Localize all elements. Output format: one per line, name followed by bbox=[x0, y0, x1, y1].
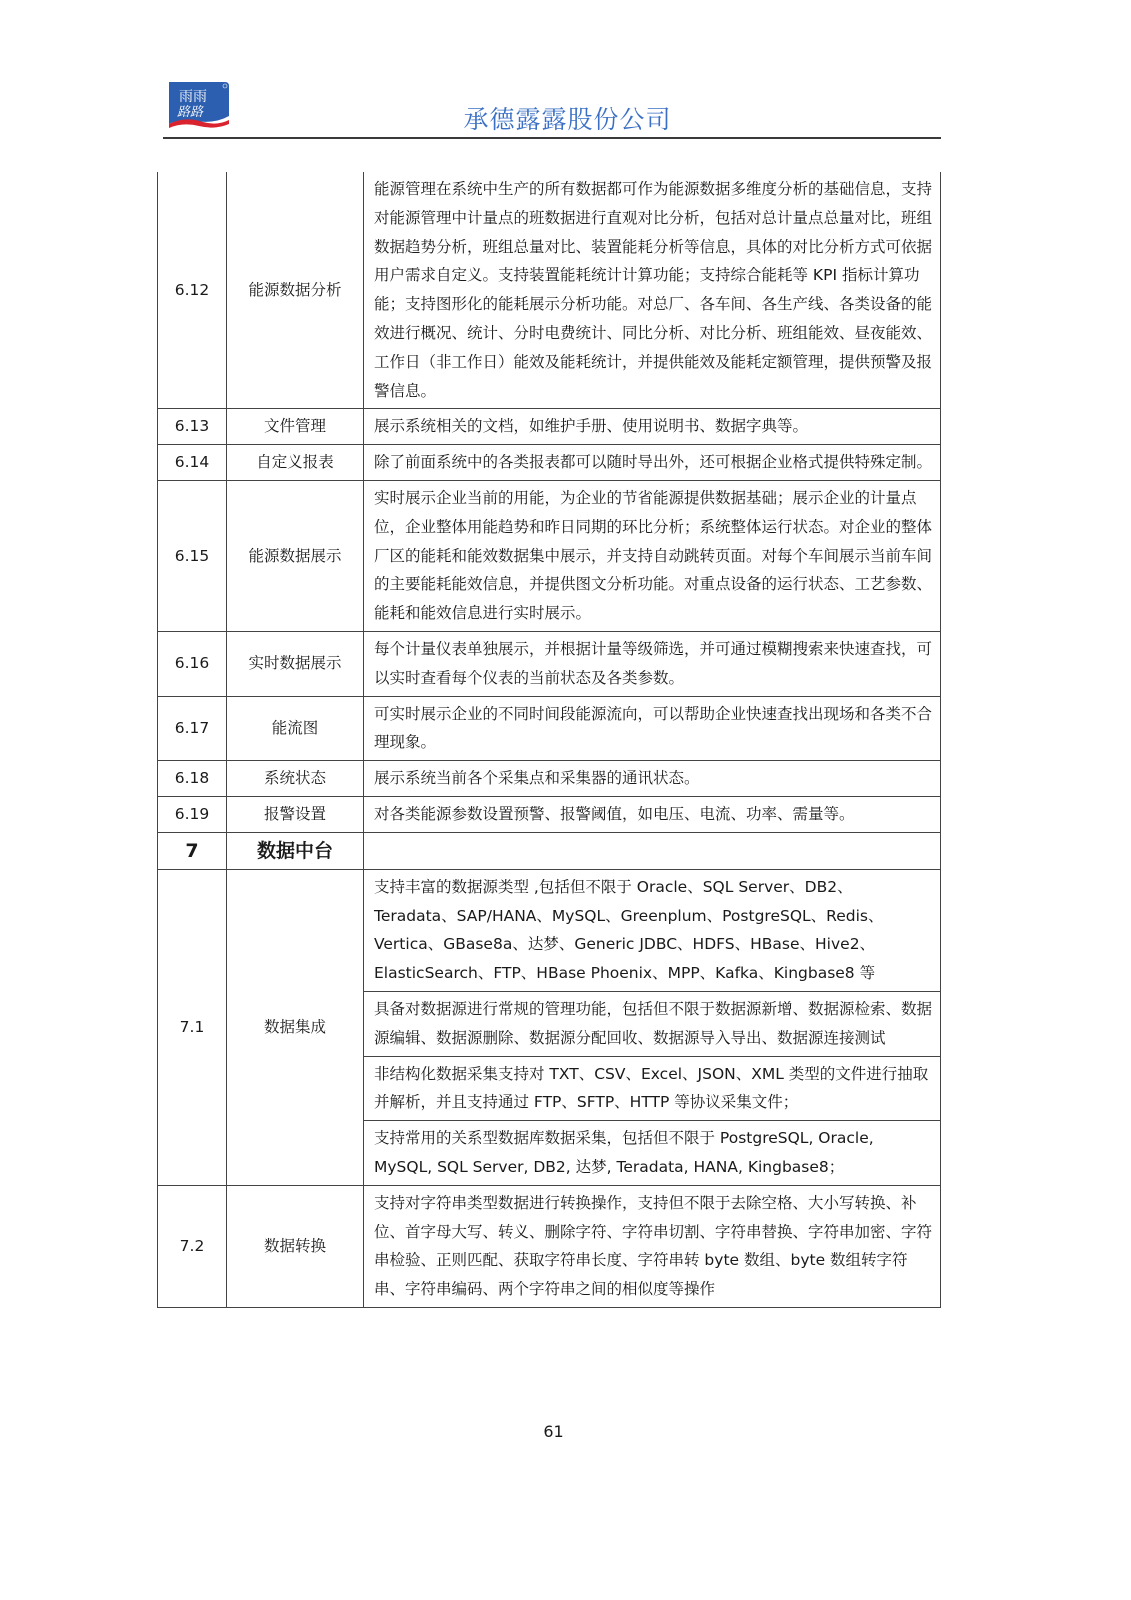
table-row: 7.2数据转换支持对字符串类型数据进行转换操作，支持但不限于去除空格、大小写转换… bbox=[158, 1185, 941, 1307]
item-number: 6.18 bbox=[158, 761, 227, 797]
item-number: 7.1 bbox=[158, 869, 227, 1185]
table-row: 7.1数据集成支持丰富的数据源类型 ,包括但不限于 Oracle、SQL Ser… bbox=[158, 869, 941, 991]
item-name: 能源数据展示 bbox=[227, 480, 364, 631]
item-name: 自定义报表 bbox=[227, 445, 364, 481]
item-name: 报警设置 bbox=[227, 796, 364, 832]
item-name: 实时数据展示 bbox=[227, 631, 364, 696]
item-description: 可实时展示企业的不同时间段能源流向，可以帮助企业快速查找出现场和各类不合理现象。 bbox=[364, 696, 941, 761]
item-description: 展示系统相关的文档，如维护手册、使用说明书、数据字典等。 bbox=[364, 409, 941, 445]
item-number: 6.15 bbox=[158, 480, 227, 631]
item-name: 数据集成 bbox=[227, 869, 364, 1185]
company-name-text: 承德露露股份公司 bbox=[463, 105, 671, 134]
item-name: 数据中台 bbox=[227, 832, 364, 869]
item-number: 7.2 bbox=[158, 1185, 227, 1307]
item-number: 6.16 bbox=[158, 631, 227, 696]
table-row: 6.14自定义报表除了前面系统中的各类报表都可以随时导出外，还可根据企业格式提供… bbox=[158, 445, 941, 481]
item-number: 6.12 bbox=[158, 172, 227, 409]
item-description: 对各类能源参数设置预警、报警阈值，如电压、电流、功率、需量等。 bbox=[364, 796, 941, 832]
item-description: 具备对数据源进行常规的管理功能，包括但不限于数据源新增、数据源检索、数据源编辑、… bbox=[364, 991, 941, 1056]
table-row: 6.12能源数据分析能源管理在系统中生产的所有数据都可作为能源数据多维度分析的基… bbox=[158, 172, 941, 409]
table-row: 6.16实时数据展示每个计量仪表单独展示，并根据计量等级筛选，并可通过模糊搜索来… bbox=[158, 631, 941, 696]
item-description: 支持常用的关系型数据库数据采集，包括但不限于 PostgreSQL, Oracl… bbox=[364, 1121, 941, 1186]
page-number: 61 bbox=[0, 1422, 1107, 1441]
item-name: 数据转换 bbox=[227, 1185, 364, 1307]
item-name: 系统状态 bbox=[227, 761, 364, 797]
spec-table: 6.12能源数据分析能源管理在系统中生产的所有数据都可作为能源数据多维度分析的基… bbox=[157, 172, 941, 1308]
item-description bbox=[364, 832, 941, 869]
table-row: 6.19报警设置对各类能源参数设置预警、报警阈值，如电压、电流、功率、需量等。 bbox=[158, 796, 941, 832]
table-row: 6.17能流图可实时展示企业的不同时间段能源流向，可以帮助企业快速查找出现场和各… bbox=[158, 696, 941, 761]
item-description: 支持丰富的数据源类型 ,包括但不限于 Oracle、SQL Server、DB2… bbox=[364, 869, 941, 991]
header-divider bbox=[163, 137, 941, 139]
section-row: 7数据中台 bbox=[158, 832, 941, 869]
item-number: 7 bbox=[158, 832, 227, 869]
item-description: 除了前面系统中的各类报表都可以随时导出外，还可根据企业格式提供特殊定制。 bbox=[364, 445, 941, 481]
item-number: 6.14 bbox=[158, 445, 227, 481]
item-description: 实时展示企业当前的用能，为企业的节省能源提供数据基础；展示企业的计量点位，企业整… bbox=[364, 480, 941, 631]
item-description: 非结构化数据采集支持对 TXT、CSV、Excel、JSON、XML 类型的文件… bbox=[364, 1056, 941, 1121]
item-name: 能流图 bbox=[227, 696, 364, 761]
item-description: 能源管理在系统中生产的所有数据都可作为能源数据多维度分析的基础信息，支持对能源管… bbox=[364, 172, 941, 409]
company-name-header: 承德露露股份公司 bbox=[0, 100, 1131, 136]
item-description: 每个计量仪表单独展示，并根据计量等级筛选，并可通过模糊搜索来快速查找，可以实时查… bbox=[364, 631, 941, 696]
item-number: 6.17 bbox=[158, 696, 227, 761]
table-row: 6.18系统状态展示系统当前各个采集点和采集器的通讯状态。 bbox=[158, 761, 941, 797]
item-number: 6.19 bbox=[158, 796, 227, 832]
item-number: 6.13 bbox=[158, 409, 227, 445]
table-row: 6.15能源数据展示实时展示企业当前的用能，为企业的节省能源提供数据基础；展示企… bbox=[158, 480, 941, 631]
item-name: 能源数据分析 bbox=[227, 172, 364, 409]
table-row: 6.13文件管理展示系统相关的文档，如维护手册、使用说明书、数据字典等。 bbox=[158, 409, 941, 445]
item-description: 支持对字符串类型数据进行转换操作，支持但不限于去除空格、大小写转换、补位、首字母… bbox=[364, 1185, 941, 1307]
item-description: 展示系统当前各个采集点和采集器的通讯状态。 bbox=[364, 761, 941, 797]
item-name: 文件管理 bbox=[227, 409, 364, 445]
